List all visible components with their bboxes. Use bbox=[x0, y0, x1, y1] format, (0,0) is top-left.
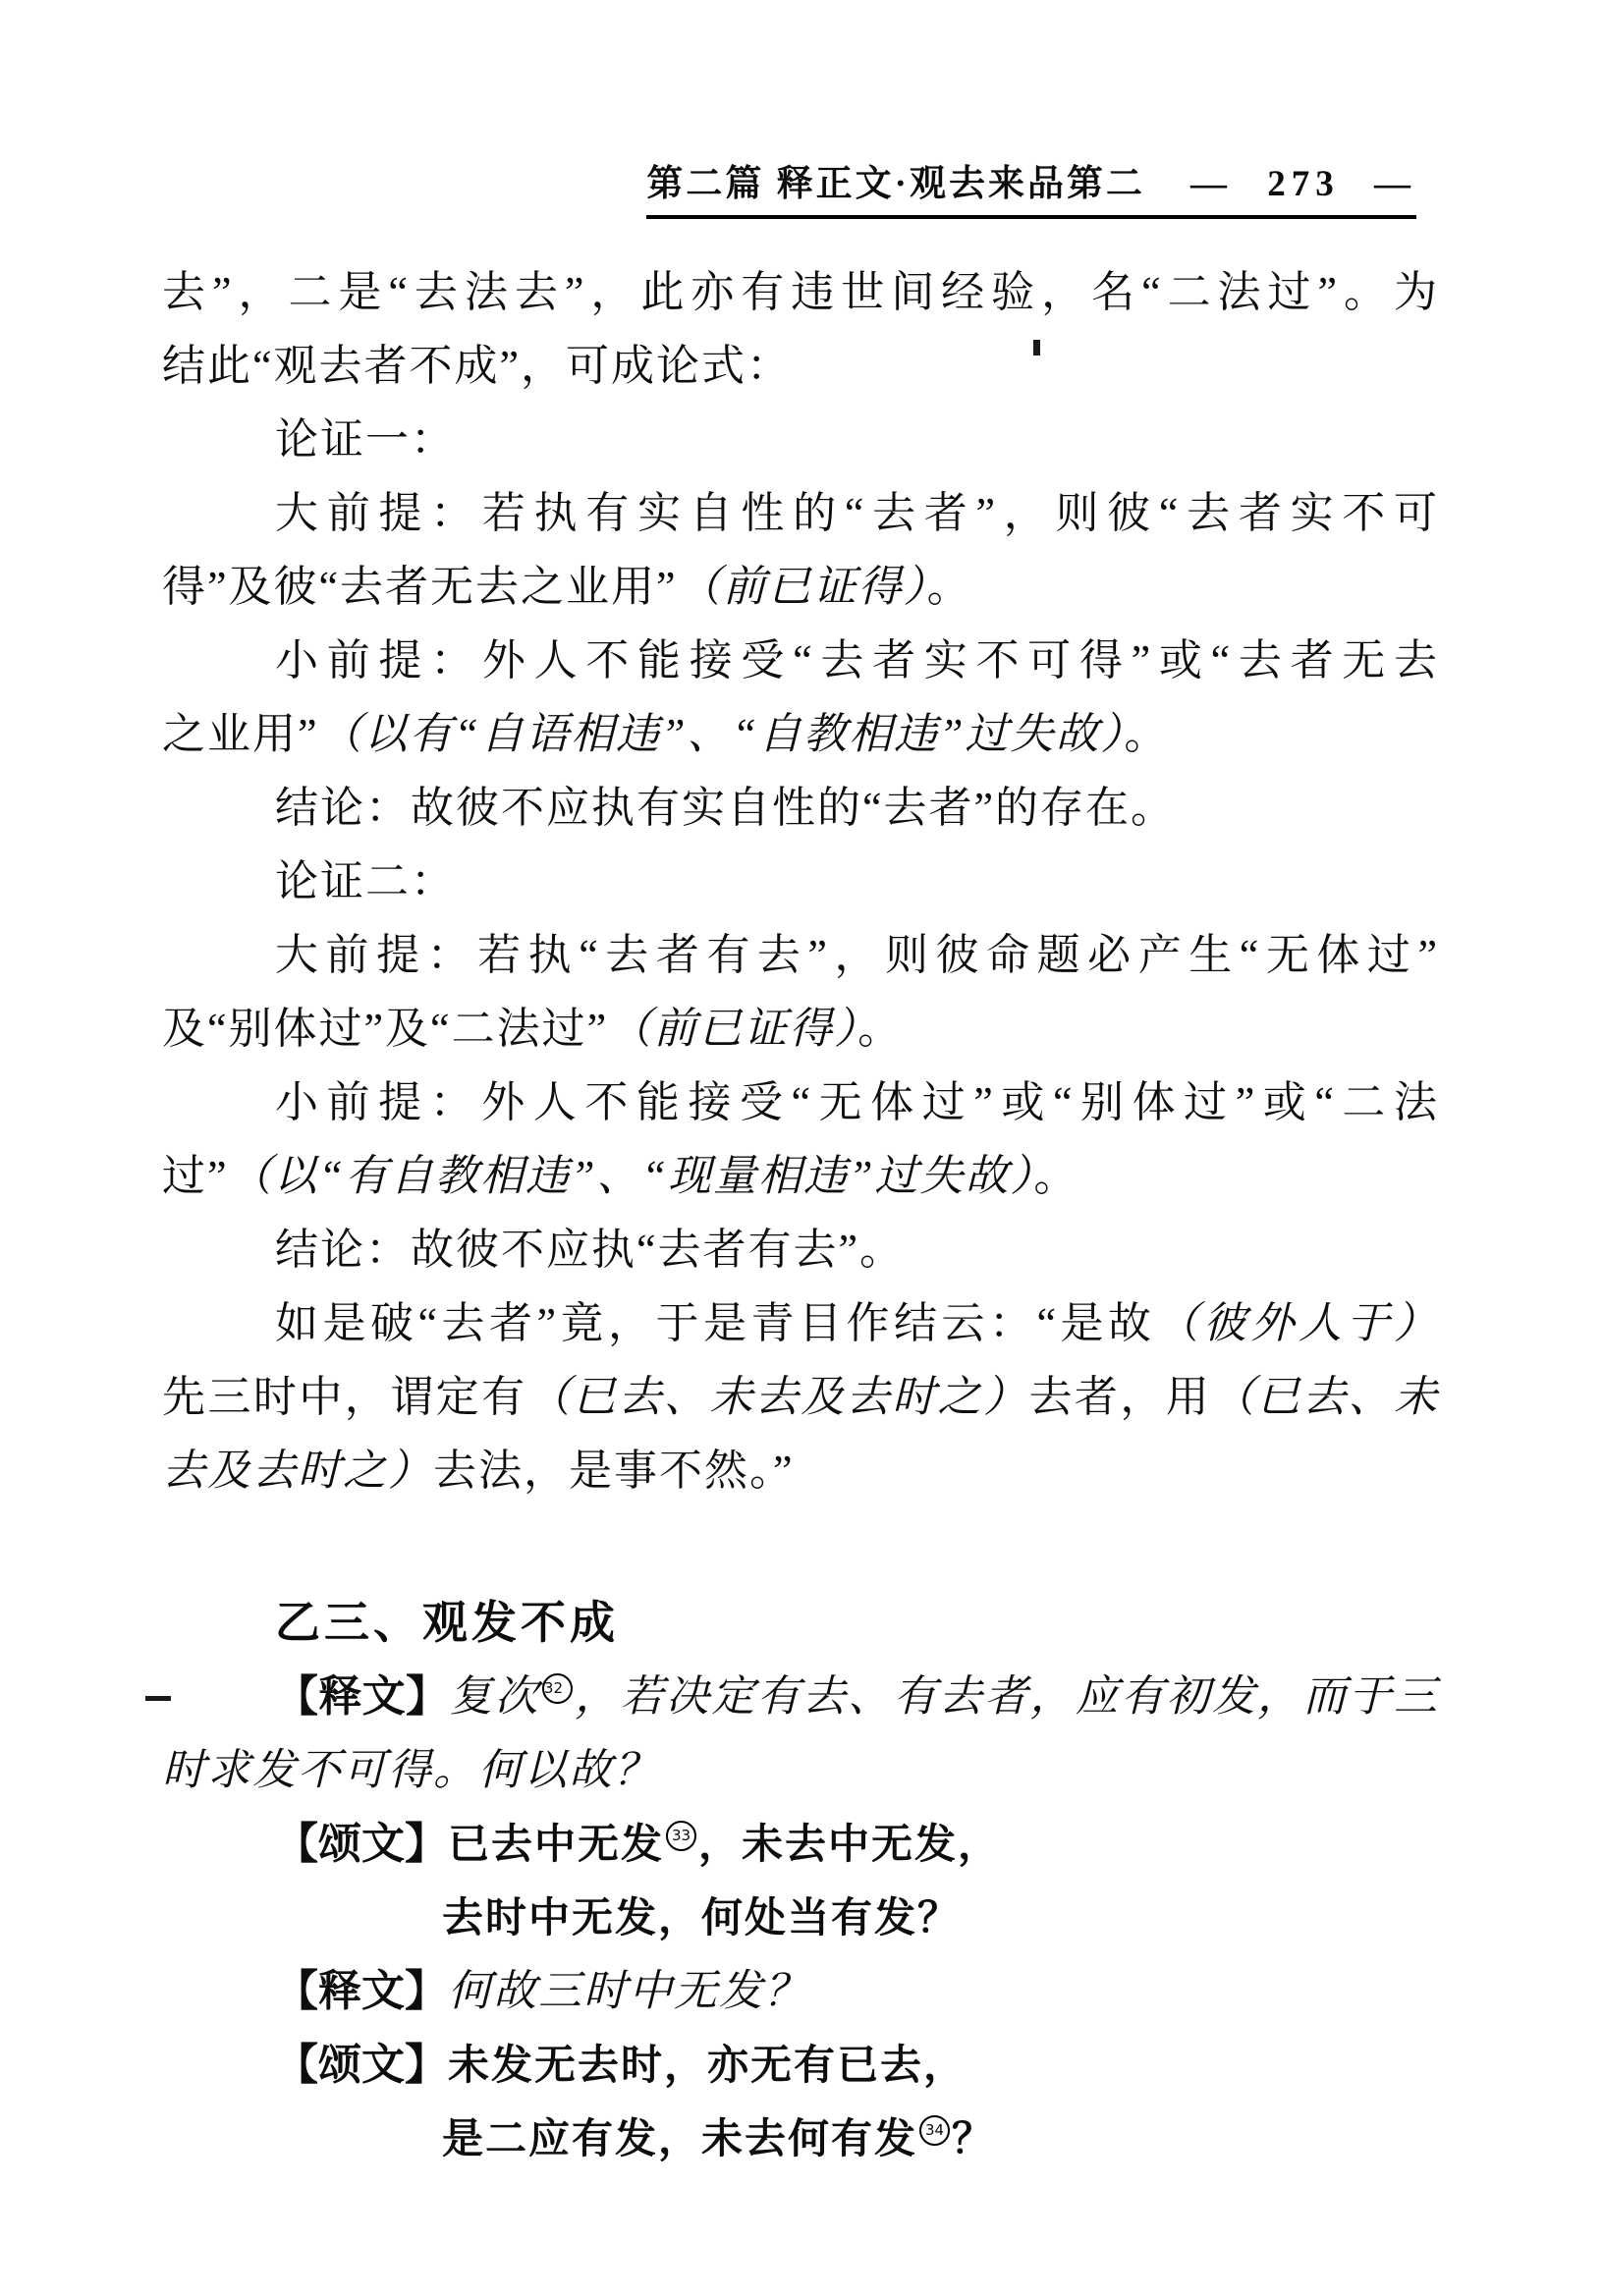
text-segment: （前已证得） bbox=[608, 1005, 857, 1053]
text-segment: 。 bbox=[927, 563, 972, 611]
text-segment: 去法，是事不然。” bbox=[433, 1447, 795, 1495]
text-segment: ？ bbox=[952, 2114, 995, 2162]
text-segment: ，未去中无发， bbox=[698, 1820, 1001, 1868]
text-segment: 论证一： bbox=[275, 415, 456, 464]
text-line: 论证一： bbox=[162, 403, 1439, 476]
text-segment: 【颂文】 bbox=[275, 2041, 448, 2089]
scan-artifact bbox=[145, 1696, 171, 1701]
text-segment: 结论：故彼不应执有实自性的“去者”的存在。 bbox=[275, 784, 1176, 832]
text-line: 大前提：若执有实自性的“去者”，则彼“去者实不可 bbox=[162, 476, 1439, 550]
text-segment: 是二应有发，未去何有发 bbox=[442, 2114, 917, 2162]
text-segment: 大前提：若执有实自性的“去者”，则彼“去者实不可 bbox=[275, 489, 1439, 537]
text-line: 先三时中，谓定有（已去、未去及去时之）去者，用（已去、未 bbox=[162, 1360, 1439, 1434]
text-segment: 得”及彼“去者无去之业用” bbox=[162, 563, 678, 611]
header-chapter-title: 第二篇 释正文·观去来品第二 bbox=[646, 164, 1145, 204]
text-line: 小前提：外人不能接受“去者实不可得”或“去者无去 bbox=[162, 624, 1439, 697]
text-segment: （已去、未去及去时之） bbox=[527, 1373, 1029, 1421]
text-segment: 去及去时之） bbox=[162, 1447, 433, 1495]
text-segment: 复次 bbox=[449, 1672, 540, 1721]
text-segment: 小前提：外人不能接受“无体过”或“别体过”或“二法 bbox=[275, 1078, 1439, 1126]
text-segment: 如是破“去者”竟，于是青目作结云：“是故 bbox=[275, 1299, 1156, 1347]
text-line: 【颂文】已去中无发33，未去中无发， bbox=[162, 1807, 1439, 1881]
text-line: 结论：故彼不应执有实自性的“去者”的存在。 bbox=[162, 771, 1439, 845]
text-segment: （以“有自教相违”、“现量相违”过失故） bbox=[229, 1152, 1034, 1200]
text-column: 去”，二是“去法去”，此亦有违世间经验，名“二法过”。为结此“观去者不成”，可成… bbox=[162, 255, 1439, 2175]
text-segment: 时求发不可得。何以故？ bbox=[162, 1746, 659, 1794]
text-segment: 之业用” bbox=[162, 710, 319, 758]
text-segment: 大前提：若执“去者有去”，则彼命题必产生“无体过” bbox=[275, 931, 1439, 979]
text-line: 结论：故彼不应执“去者有去”。 bbox=[162, 1213, 1439, 1286]
text-segment: 乙三、观发不成 bbox=[275, 1596, 619, 1649]
text-line: 大前提：若执“去者有去”，则彼命题必产生“无体过” bbox=[162, 918, 1439, 992]
text-segment: 结论：故彼不应执“去者有去”。 bbox=[275, 1226, 905, 1274]
text-segment: 。 bbox=[1124, 710, 1169, 758]
text-segment: 小前提：外人不能接受“去者实不可得”或“去者无去 bbox=[275, 636, 1439, 684]
text-segment: 过” bbox=[162, 1152, 229, 1200]
text-segment: 何故三时中无发？ bbox=[448, 1967, 809, 2015]
text-segment: （前已证得） bbox=[678, 563, 927, 611]
section-heading: 乙三、观发不成 bbox=[162, 1586, 1439, 1660]
text-segment: 去”，二是“去法去”，此亦有违世间经验，名“二法过”。为 bbox=[162, 268, 1439, 316]
scan-artifact bbox=[1033, 340, 1040, 355]
footnote-marker: 33 bbox=[666, 1821, 696, 1851]
text-line: 【颂文】未发无去时，亦无有已去， bbox=[162, 2028, 1439, 2102]
text-segment: 【颂文】 bbox=[275, 1820, 448, 1868]
text-segment: （以有“自语相违”、“自教相违”过失故） bbox=[319, 710, 1125, 758]
running-header: 第二篇 释正文·观去来品第二— 273 — bbox=[646, 153, 1416, 219]
text-segment: ，若决定有去、有去者，应有初发，而于三 bbox=[575, 1672, 1439, 1721]
text-line: 如是破“去者”竟，于是青目作结云：“是故（彼外人于） bbox=[162, 1286, 1439, 1360]
text-line: 去”，二是“去法去”，此亦有违世间经验，名“二法过”。为 bbox=[162, 255, 1439, 329]
text-segment: 【释文】 bbox=[275, 1967, 448, 2015]
text-segment: 。 bbox=[1033, 1152, 1078, 1200]
text-segment: 。 bbox=[857, 1005, 903, 1053]
text-segment: 先三时中，谓定有 bbox=[162, 1373, 527, 1421]
scanned-book-page: 第二篇 释正文·观去来品第二— 273 — 去”，二是“去法去”，此亦有违世间经… bbox=[0, 0, 1603, 2296]
text-line: 之业用”（以有“自语相违”、“自教相违”过失故）。 bbox=[162, 697, 1439, 771]
text-segment: 去时中无发，何处当有发？ bbox=[442, 1893, 961, 1941]
text-line: 去及去时之）去法，是事不然。” bbox=[162, 1434, 1439, 1507]
text-segment: （彼外人于） bbox=[1156, 1299, 1439, 1347]
text-segment: 未发无去时，亦无有已去， bbox=[448, 2041, 967, 2089]
text-segment: 及“别体过”及“二法过” bbox=[162, 1005, 608, 1053]
text-line: 时求发不可得。何以故？ bbox=[162, 1733, 1439, 1807]
text-segment: 去者，用 bbox=[1028, 1373, 1211, 1421]
text-segment: （已去、未 bbox=[1211, 1373, 1439, 1421]
text-segment: 已去中无发 bbox=[448, 1820, 664, 1868]
text-line: 及“别体过”及“二法过”（前已证得）。 bbox=[162, 992, 1439, 1066]
text-line: 小前提：外人不能接受“无体过”或“别体过”或“二法 bbox=[162, 1066, 1439, 1139]
text-line: 论证二： bbox=[162, 845, 1439, 918]
text-line: 得”及彼“去者无去之业用”（前已证得）。 bbox=[162, 550, 1439, 624]
footnote-marker: 32 bbox=[542, 1673, 573, 1704]
text-line: 【释文】复次32，若决定有去、有去者，应有初发，而于三 bbox=[162, 1660, 1439, 1733]
text-line: 结此“观去者不成”，可成论式： bbox=[162, 329, 1439, 403]
text-line: 去时中无发，何处当有发？ bbox=[162, 1881, 1439, 1954]
header-page-number: — 273 — bbox=[1190, 164, 1416, 204]
text-segment: 论证二： bbox=[275, 857, 456, 905]
text-line: 是二应有发，未去何有发34？ bbox=[162, 2102, 1439, 2175]
text-line: 【释文】何故三时中无发？ bbox=[162, 1954, 1439, 2028]
footnote-marker: 34 bbox=[919, 2115, 950, 2146]
blank-line bbox=[162, 1507, 1439, 1586]
text-segment: 【释文】 bbox=[275, 1672, 449, 1721]
text-segment: 结此“观去者不成”，可成论式： bbox=[162, 342, 792, 390]
text-line: 过”（以“有自教相违”、“现量相违”过失故）。 bbox=[162, 1139, 1439, 1213]
